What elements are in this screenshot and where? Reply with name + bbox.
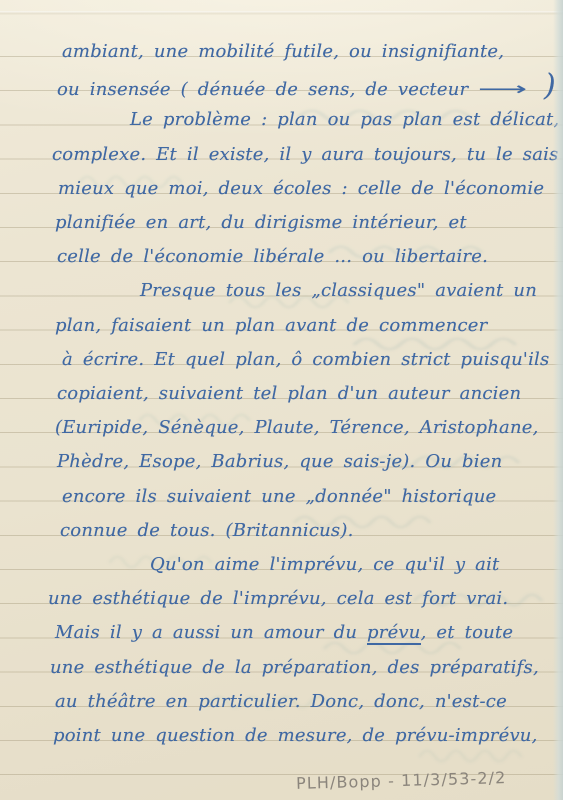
manuscript-page: ambiant, une mobilité futile, ou insigni…: [0, 0, 563, 800]
line-text: copiaient, suivaient tel plan d'un auteu…: [57, 383, 521, 404]
line-text: Qu'on aime l'imprévu, ce qu'il y ait: [150, 554, 499, 575]
line-text: Mais il y a aussi un amour du: [55, 622, 367, 643]
handwritten-line: à écrire. Et quel plan, ô combien strict…: [62, 349, 549, 371]
line-text: planifiée en art, du dirigisme intérieur…: [55, 212, 467, 233]
handwritten-line: point une question de mesure, de prévu-i…: [53, 725, 538, 747]
line-text: une esthétique de l'imprévu, cela est fo…: [48, 588, 508, 609]
handwritten-line: Presque tous les „classiques" avaient un: [140, 280, 537, 302]
handwritten-line: connue de tous. (Britannicus).: [60, 520, 353, 542]
line-text: Presque tous les „classiques" avaient un: [140, 280, 537, 301]
page-right-edge: [553, 0, 563, 800]
handwritten-line: complexe. Et il existe, il y aura toujou…: [52, 144, 559, 166]
handwritten-line: une esthétique de la préparation, des pr…: [50, 657, 539, 679]
line-text: complexe. Et il existe, il y aura toujou…: [52, 144, 559, 165]
handwritten-line: celle de l'économie libérale ... ou libe…: [57, 246, 488, 268]
line-text: à écrire. Et quel plan, ô combien strict…: [62, 349, 549, 370]
line-text: mieux que moi, deux écoles : celle de l'…: [58, 178, 544, 199]
handwritten-line: mieux que moi, deux écoles : celle de l'…: [58, 178, 544, 200]
handwritten-line: Phèdre, Esope, Babrius, que sais-je). Ou…: [57, 451, 502, 473]
underlined-word: prévu: [367, 622, 421, 645]
handwritten-line: Mais il y a aussi un amour du prévu, et …: [55, 622, 513, 644]
line-text: (Euripide, Sénèque, Plaute, Térence, Ari…: [55, 417, 539, 438]
line-text: une esthétique de la préparation, des pr…: [50, 657, 539, 678]
line-text: ambiant, une mobilité futile, ou insigni…: [62, 41, 504, 62]
line-text: encore ils suivaient une „donnée" histor…: [62, 486, 496, 507]
handwritten-line: au théâtre en particulier. Donc, donc, n…: [55, 691, 507, 713]
handwritten-line: plan, faisaient un plan avant de commenc…: [55, 315, 487, 337]
line-text: , et toute: [421, 622, 514, 643]
arrow-glyph: ⟶: [478, 79, 527, 101]
line-text: plan, faisaient un plan avant de commenc…: [55, 315, 487, 336]
handwritten-line: planifiée en art, du dirigisme intérieur…: [55, 212, 467, 234]
handwritten-line: une esthétique de l'imprévu, cela est fo…: [48, 588, 508, 610]
handwritten-line: (Euripide, Sénèque, Plaute, Térence, Ari…: [55, 417, 539, 439]
paper-crease: [0, 11, 563, 15]
handwritten-line: encore ils suivaient une „donnée" histor…: [62, 486, 496, 508]
handwritten-line: ambiant, une mobilité futile, ou insigni…: [62, 41, 504, 63]
archival-reference-note: PLH/Bopp - 11/3/53-2/2: [296, 768, 507, 793]
line-text: Phèdre, Esope, Babrius, que sais-je). Ou…: [57, 451, 502, 472]
handwritten-line: Le problème : plan ou pas plan est délic…: [130, 109, 559, 131]
line-text: ou insensée ( dénuée de sens, de vecteur: [57, 79, 478, 100]
line-text: connue de tous. (Britannicus).: [60, 520, 353, 541]
line-text: au théâtre en particulier. Donc, donc, n…: [55, 691, 507, 712]
line-text: point une question de mesure, de prévu-i…: [53, 725, 538, 746]
handwritten-line: copiaient, suivaient tel plan d'un auteu…: [57, 383, 521, 405]
handwritten-line: Qu'on aime l'imprévu, ce qu'il y ait: [150, 554, 499, 576]
line-text: Le problème : plan ou pas plan est délic…: [130, 109, 559, 130]
handwritten-line: ou insensée ( dénuée de sens, de vecteur…: [57, 75, 563, 101]
line-text: celle de l'économie libérale ... ou libe…: [57, 246, 488, 267]
